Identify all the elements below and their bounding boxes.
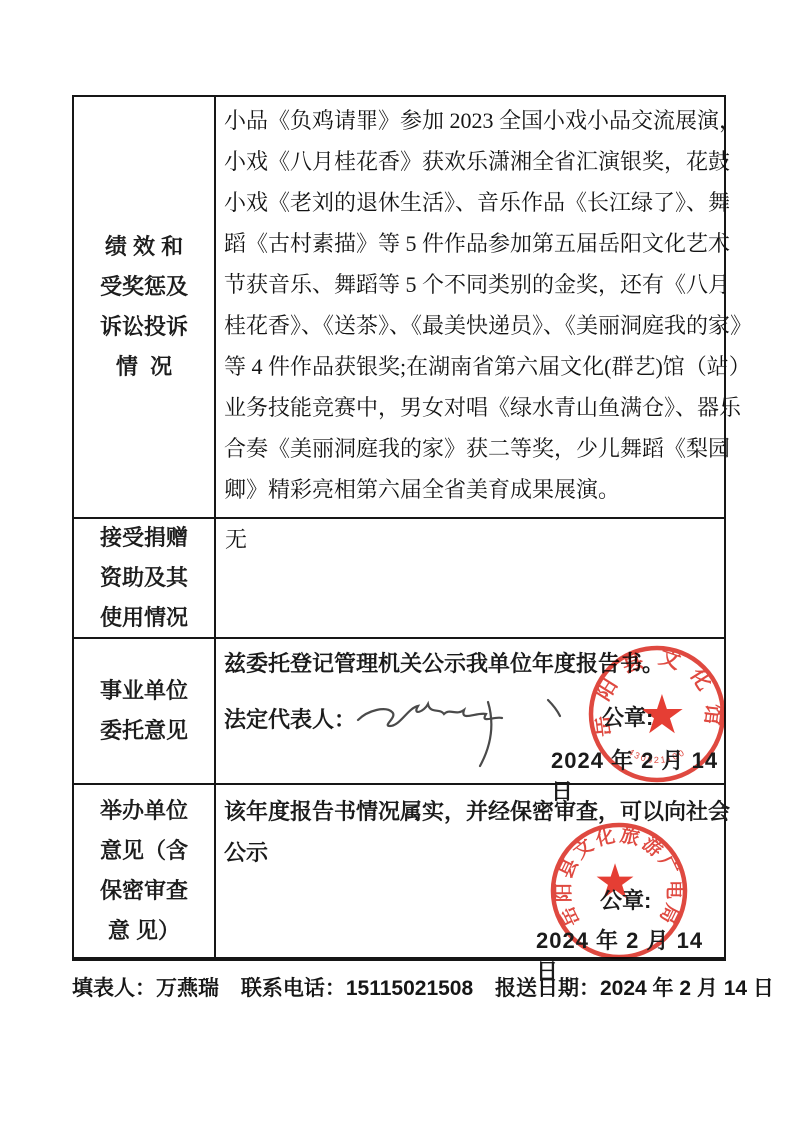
row-content-entrust-opinion: 兹委托登记管理机关公示我单位年度报告书。 法定代表人： 公章: 2024 年 2… xyxy=(216,639,724,783)
phone-number: 15115021508 xyxy=(346,977,473,1000)
entrust-opinion-date: 2024 年 2 月 14 日 xyxy=(551,744,724,806)
organizer-opinion-date: 2024 年 2 月 14 日 xyxy=(536,924,724,986)
preparer-label: 填表人： xyxy=(72,977,156,1000)
legal-representative-label: 法定代表人： xyxy=(224,703,356,734)
table-row-donations: 接受捐赠 资助及其 使用情况 无 xyxy=(74,519,724,639)
table-row-entrust-opinion: 事业单位 委托意见 兹委托登记管理机关公示我单位年度报告书。 法定代表人： 公章… xyxy=(74,639,724,785)
row-label-organizer-opinion: 举办单位 意见（含 保密审查 意 见） xyxy=(74,785,216,957)
annual-report-document-page: { "table": { "rows": [ { "label": "绩 效 和… xyxy=(0,0,793,1122)
row-content-donations: 无 xyxy=(216,519,724,637)
official-seal-label: 公章: xyxy=(602,701,653,732)
official-seal-label: 公章: xyxy=(600,884,651,915)
row-content-performance: 小品《负鸡请罪》参加 2023 全国小戏小品交流展演， 小戏《八月桂花香》获欢乐… xyxy=(216,97,754,517)
annual-report-table: 绩 效 和 受奖惩及 诉讼投诉 情 况 小品《负鸡请罪》参加 2023 全国小戏… xyxy=(72,95,726,961)
performance-paragraph: 小品《负鸡请罪》参加 2023 全国小戏小品交流展演， 小戏《八月桂花香》获欢乐… xyxy=(216,97,754,510)
row-label-performance: 绩 效 和 受奖惩及 诉讼投诉 情 况 xyxy=(74,97,216,517)
donations-value: 无 xyxy=(216,519,724,555)
row-content-organizer-opinion: 该年度报告书情况属实，并经保密审查，可以向社会 公示 公章: 2024 年 2 … xyxy=(216,785,724,957)
row-label-donations: 接受捐赠 资助及其 使用情况 xyxy=(74,519,216,637)
phone-label: 联系电话： xyxy=(241,977,346,1000)
preparer-name: 万燕瑞 xyxy=(156,977,219,1000)
table-row-organizer-opinion: 举办单位 意见（含 保密审查 意 见） 该年度报告书情况属实，并经保密审查，可以… xyxy=(74,785,724,957)
row-label-entrust-opinion: 事业单位 委托意见 xyxy=(74,639,216,783)
table-row-performance: 绩 效 和 受奖惩及 诉讼投诉 情 况 小品《负鸡请罪》参加 2023 全国小戏… xyxy=(74,97,724,519)
entrust-statement: 兹委托登记管理机关公示我单位年度报告书。 xyxy=(224,647,664,678)
